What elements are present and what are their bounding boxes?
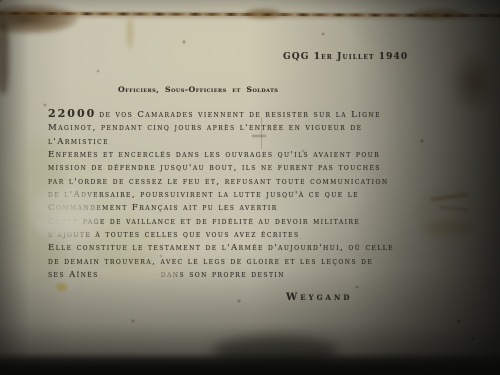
stain-drip	[127, 17, 133, 49]
moss-stain	[92, 222, 156, 274]
faded-paint-wash	[100, 265, 180, 282]
inscription-line: Elle constitue le testament de l'Armée d…	[48, 242, 462, 255]
inscription-line: s'ajoute à toutes celles que vous avez é…	[48, 229, 462, 242]
inscription-line: mission de défendre jusqu'au bout, ils n…	[48, 162, 462, 175]
signature: Weygand	[286, 292, 352, 303]
rust-smudge	[423, 220, 475, 235]
rust-stain	[450, 50, 498, 114]
rust-scribble	[439, 205, 469, 211]
speckle-texture	[0, 0, 2, 2]
inscription-line: l'Armistice	[48, 136, 462, 149]
rust-stain	[0, 20, 9, 94]
moss-stain	[16, 138, 68, 284]
photo-vignette	[0, 0, 500, 375]
inscription-line: Commandement Français ait pu les avertir	[48, 202, 462, 215]
paint-fleck	[56, 283, 67, 291]
faded-paint-wash	[416, 184, 480, 246]
floor-shadow-mottle	[212, 336, 338, 368]
closing-line-left: ses Aînés	[48, 270, 99, 280]
pencil-mark	[252, 135, 266, 137]
rust-scribble	[430, 192, 468, 201]
rust-seam	[0, 12, 500, 17]
inscription-line: Cette page de vaillance et de fidélité a…	[48, 216, 462, 229]
inscription-line-text: de vos Camarades viennent de resister su…	[99, 110, 381, 120]
plaque-photo: GQG 1er Juillet 1940 Officiers, Sous-Off…	[0, 0, 500, 375]
rust-stain	[0, 4, 78, 34]
inscription-line: Enfermés et encerclés dans les ouvrages …	[48, 149, 462, 162]
inscription-line: par l'ordre de cessez le feu et, refusan…	[48, 176, 462, 189]
rust-stain	[246, 9, 280, 18]
dateline: GQG 1er Juillet 1940	[283, 52, 408, 62]
inscription-line: de demain trouvera, avec le legs de gloi…	[48, 256, 462, 269]
wall-crease	[261, 117, 262, 149]
inscription-body: 22000de vos Camarades viennent de resist…	[48, 107, 462, 282]
inscription-line: 22000de vos Camarades viennent de resist…	[48, 107, 462, 122]
inscription-line: Maginot, pendant cinq jours après l'entr…	[48, 122, 462, 135]
rust-stain	[412, 9, 464, 19]
inscription-closing-line: ses Aînésdans son propre destin	[48, 269, 462, 282]
salutation-line: Officiers, Sous-Officiers et Soldats	[118, 85, 278, 94]
floor-shadow-band	[0, 352, 500, 375]
casualty-count: 22000	[48, 107, 96, 120]
faded-paint-wash	[28, 182, 102, 246]
faded-paint-wash	[34, 217, 82, 234]
inscription-line: de l'Adversaire, poursuivirent la lutte …	[48, 189, 462, 202]
closing-line-right: dans son propre destin	[161, 270, 285, 280]
